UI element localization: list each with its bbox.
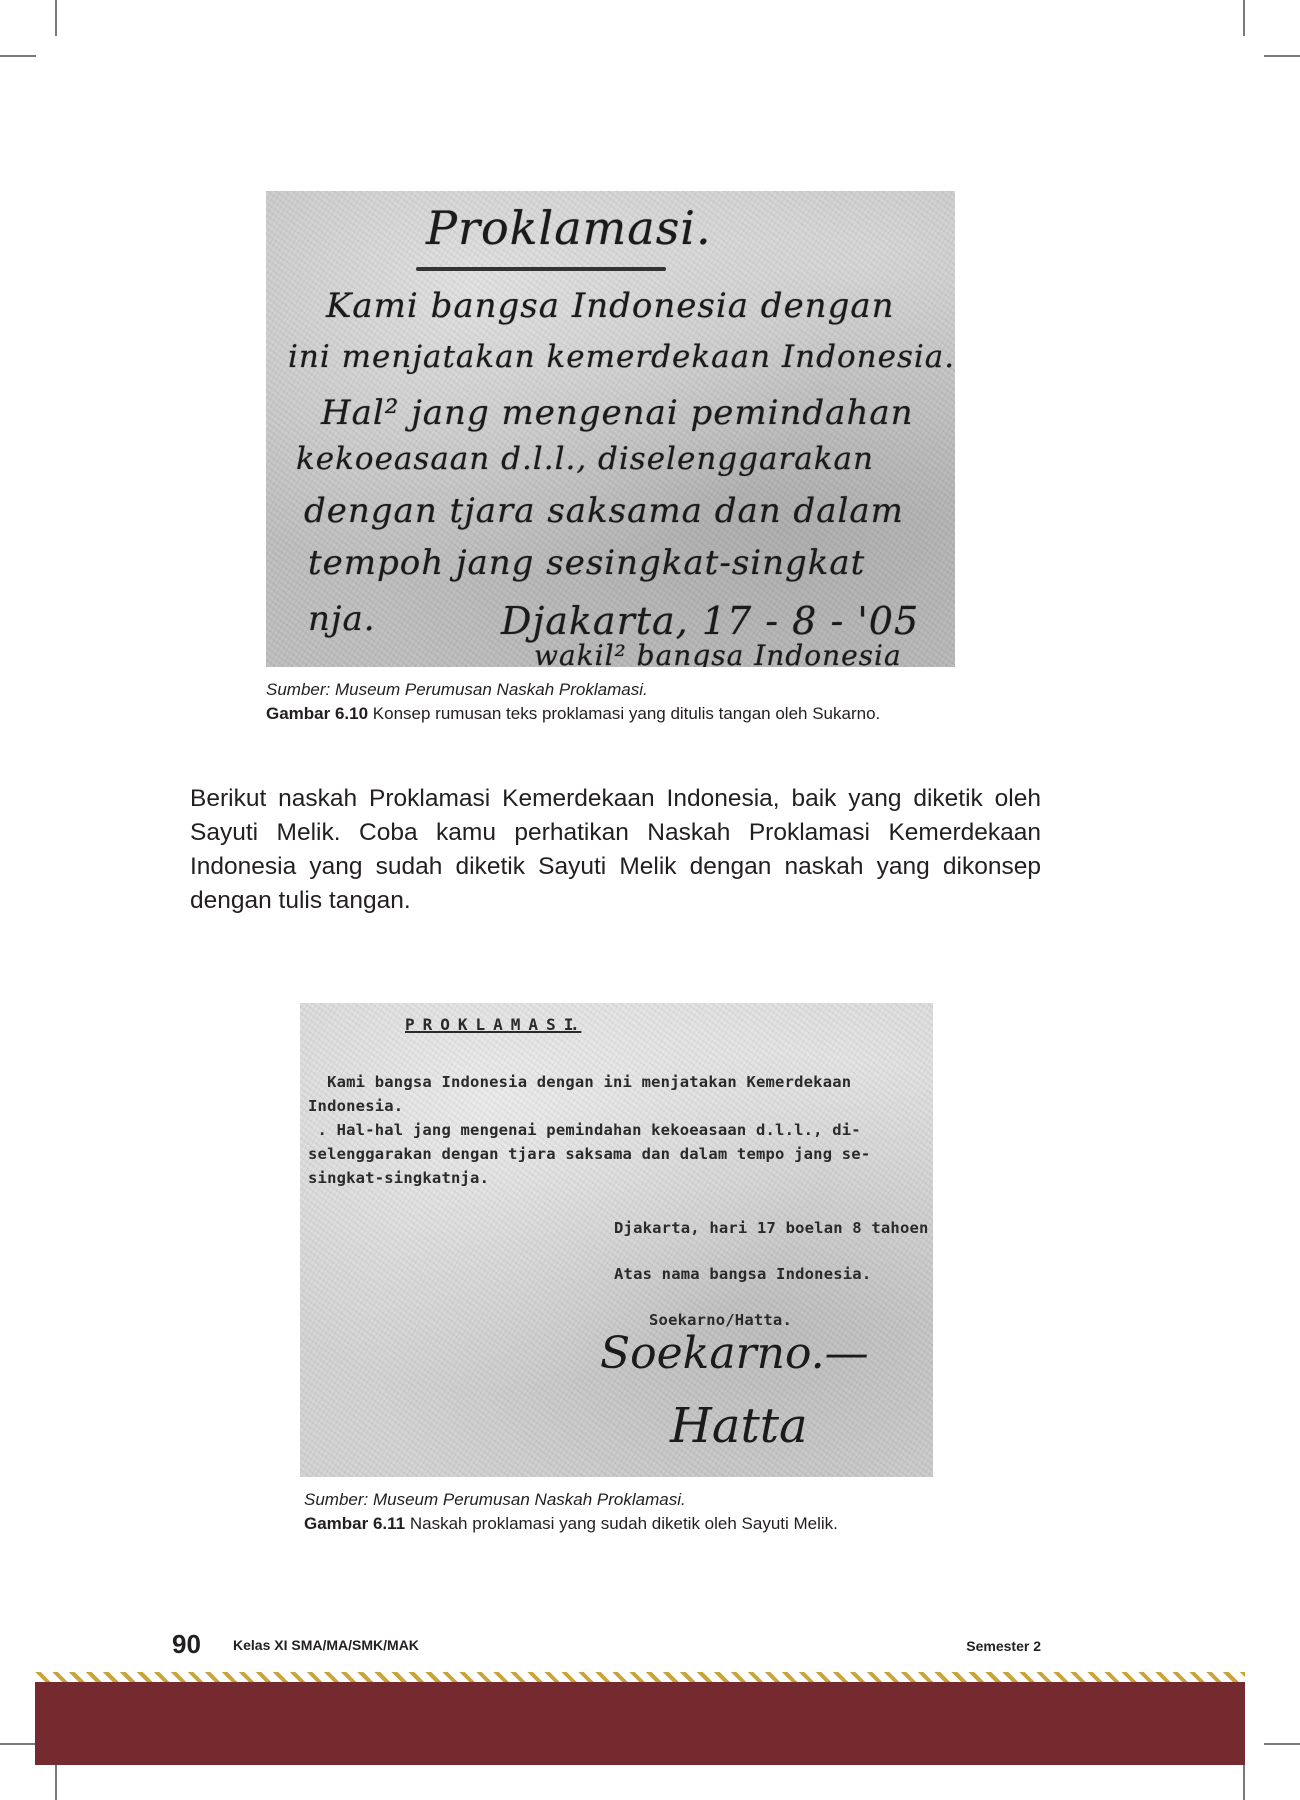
handwritten-line: tempoh jang sesingkat-singkat (308, 543, 865, 583)
typed-proclamation-image: PROKLAMASI . Kami bangsa Indonesia denga… (300, 1003, 933, 1477)
typed-line: Kami bangsa Indonesia dengan ini menjata… (308, 1073, 851, 1091)
figure-label: Gambar 6.10 (266, 704, 368, 723)
typed-line: . Hal-hal jang mengenai pemindahan kekoe… (308, 1121, 861, 1139)
typed-heading-text: PROKLAMASI (405, 1015, 581, 1034)
handwritten-line: dengan tjara saksama dan dalam (304, 491, 904, 531)
handwritten-date: Djakarta, 17 - 8 - '05 (501, 599, 919, 643)
class-label: Kelas XI SMA/MA/SMK/MAK (233, 1637, 419, 1653)
crop-mark (1243, 0, 1245, 36)
signature-soekarno: Soekarno.— (600, 1328, 869, 1379)
handwritten-line: Kami bangsa Indonesia dengan (326, 286, 895, 326)
semester-label: Semester 2 (966, 1638, 1041, 1654)
crop-mark (55, 1764, 57, 1800)
handwritten-line: ini menjatakan kemerdekaan Indonesia. (288, 339, 955, 375)
title-underline (416, 267, 666, 271)
crop-mark (1264, 1743, 1300, 1745)
handwritten-line: nja. (308, 599, 376, 639)
typed-place-date: Djakarta, hari 17 boelan 8 tahoen 05. (614, 1219, 933, 1237)
typed-line: selenggarakan dengan tjara saksama dan d… (308, 1145, 870, 1163)
figure-caption-text: Naskah proklamasi yang sudah diketik ole… (410, 1514, 838, 1533)
figure-caption-text: Konsep rumusan teks proklamasi yang ditu… (373, 704, 880, 723)
figure-caption-2: Sumber: Museum Perumusan Naskah Proklama… (304, 1488, 838, 1536)
crop-mark (0, 55, 36, 57)
typed-signatories: Soekarno/Hatta. (649, 1311, 792, 1329)
page-number: 90 (172, 1629, 201, 1660)
typed-line: Indonesia. (308, 1097, 403, 1115)
handwritten-line: kekoeasaan d.l.l., diselenggarakan (296, 441, 874, 477)
typed-heading: PROKLAMASI (405, 1015, 581, 1034)
handwritten-signature: wakil² bangsa Indonesia (534, 639, 902, 667)
figure-source: Sumber: Museum Perumusan Naskah Proklama… (266, 678, 880, 702)
typed-on-behalf: Atas nama bangsa Indonesia. (614, 1265, 871, 1283)
signature-hatta: Hatta (670, 1398, 808, 1454)
typed-heading-period: . (570, 1015, 580, 1034)
figure-label: Gambar 6.11 (304, 1514, 405, 1533)
handwritten-line: Hal² jang mengenai pemindahan (321, 393, 914, 433)
body-paragraph: Berikut naskah Proklamasi Kemerdekaan In… (190, 782, 1041, 918)
handwritten-proclamation-image: Proklamasi. Kami bangsa Indonesia dengan… (266, 191, 955, 667)
typed-line: singkat-singkatnja. (308, 1169, 489, 1187)
footer-band (35, 1682, 1245, 1765)
crop-mark (55, 0, 57, 36)
handwritten-title: Proklamasi. (426, 201, 712, 255)
crop-mark (1264, 55, 1300, 57)
crop-mark (1243, 1764, 1245, 1800)
figure-caption-1: Sumber: Museum Perumusan Naskah Proklama… (266, 678, 880, 726)
figure-source: Sumber: Museum Perumusan Naskah Proklama… (304, 1488, 838, 1512)
crop-mark (0, 1743, 36, 1745)
